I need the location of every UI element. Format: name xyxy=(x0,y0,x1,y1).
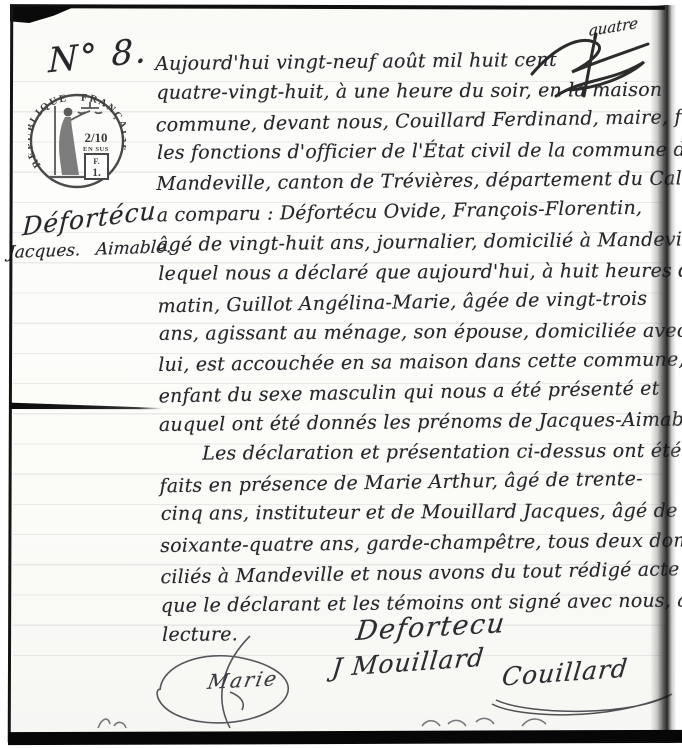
handwritten-line: âgé de vingt-huit ans, journalier, domic… xyxy=(157,224,669,259)
next-entry-cutoff-fragment xyxy=(92,712,572,732)
body-text: Aujourd'hui vingt-neuf août mil huit cen… xyxy=(155,44,673,651)
stamp-surcharge-label: EN SUS xyxy=(83,146,109,153)
handwritten-line: Aujourd'hui vingt-neuf août mil huit cen… xyxy=(155,44,667,79)
stamp-denomination-currency: F. xyxy=(93,156,100,166)
stamp-denomination-value: 1. xyxy=(92,167,101,179)
scan-border-bottom xyxy=(8,730,682,745)
signature-marie: Marie xyxy=(206,666,281,694)
stamp-surcharge: 2/10 xyxy=(84,130,107,145)
scanned-document-page: N° 8. RÉPUBLIQUE FRANÇAISE 2/10 EN SUS F… xyxy=(0,0,682,748)
binding-crease-right xyxy=(650,5,676,743)
handwritten-line: ans, agissant au ménage, son épouse, dom… xyxy=(159,316,671,349)
handwritten-line: les fonctions d'officier de l'État civil… xyxy=(157,135,669,168)
fiscal-stamp: RÉPUBLIQUE FRANÇAISE 2/10 EN SUS F. 1. xyxy=(28,89,126,193)
handwritten-line: cinq ans, instituteur et de Mouillard Ja… xyxy=(161,496,673,529)
